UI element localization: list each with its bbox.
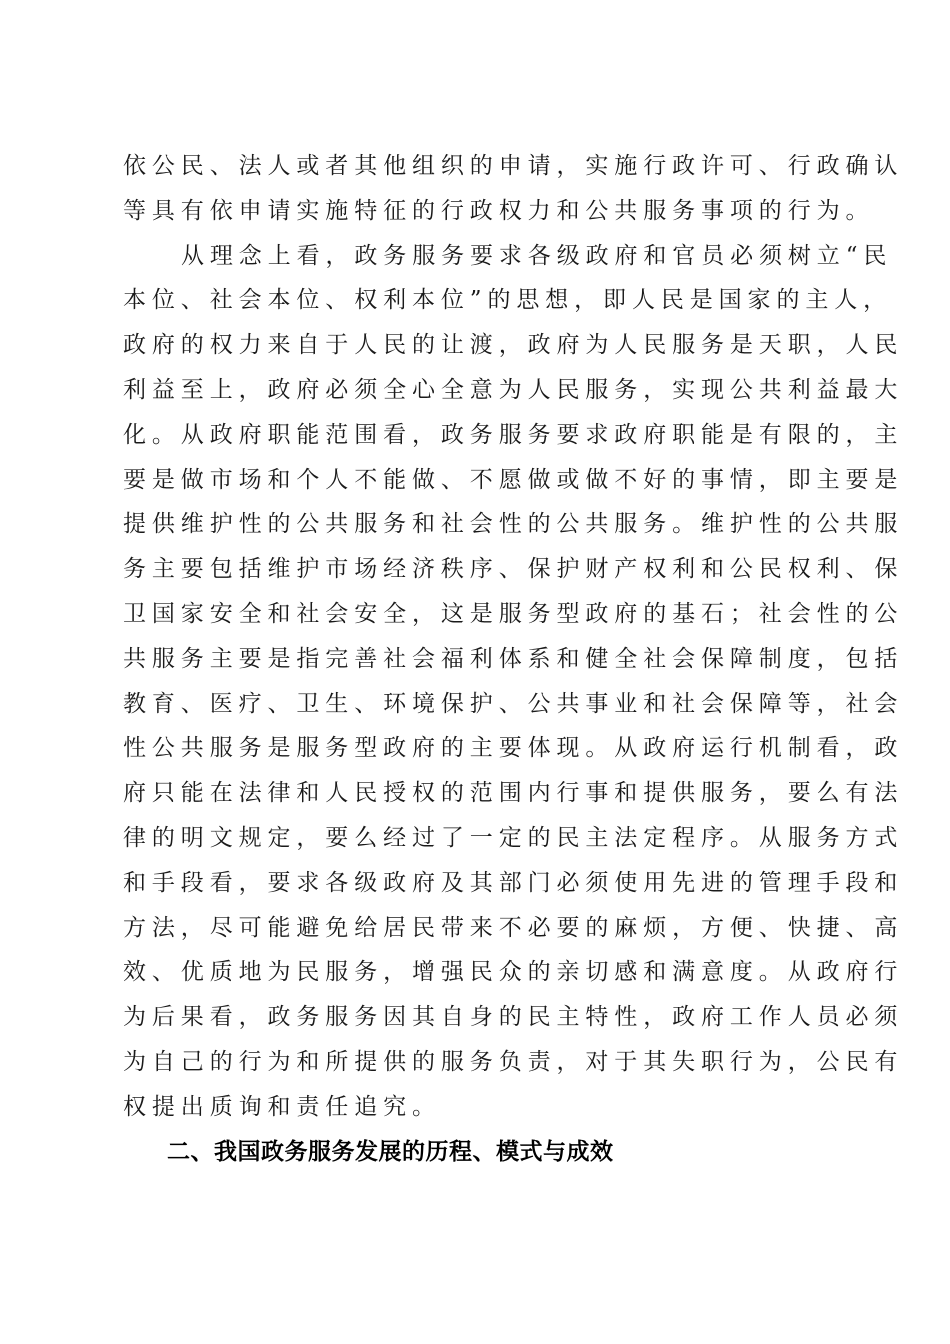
paragraph-2-line-19: 为自己的行为和所提供的服务负责，对于其失职行为，公民有 bbox=[123, 1040, 823, 1085]
paragraph-2-line-10: 共服务主要是指完善社会福利体系和健全社会保障制度，包括 bbox=[123, 637, 823, 682]
paragraph-2-line-2: 本位、社会本位、权利本位”的思想，即人民是国家的主人， bbox=[123, 278, 823, 323]
paragraph-2-line-8: 务主要包括维护市场经济秩序、保护财产权利和公民权利、保 bbox=[123, 547, 823, 592]
paragraph-2-line-1: 从理念上看，政务服务要求各级政府和官员必须树立“民 bbox=[123, 234, 823, 279]
paragraph-2-line-18: 为后果看，政务服务因其自身的民主特性，政府工作人员必须 bbox=[123, 995, 823, 1040]
paragraph-2-line-7: 提供维护性的公共服务和社会性的公共服务。维护性的公共服 bbox=[123, 502, 823, 547]
paragraph-2-line-17: 效、优质地为民服务，增强民众的亲切感和满意度。从政府行 bbox=[123, 950, 823, 995]
paragraph-2-line-3: 政府的权力来自于人民的让渡，政府为人民服务是天职，人民 bbox=[123, 323, 823, 368]
paragraph-2-line-13: 府只能在法律和人民授权的范围内行事和提供服务，要么有法 bbox=[123, 771, 823, 816]
paragraph-2-line-15: 和手段看，要求各级政府及其部门必须使用先进的管理手段和 bbox=[123, 861, 823, 906]
paragraph-2-line-4: 利益至上，政府必须全心全意为人民服务，实现公共利益最大 bbox=[123, 368, 823, 413]
paragraph-1-line-2: 等具有依申请实施特征的行政权力和公共服务事项的行为。 bbox=[123, 189, 823, 234]
paragraph-2-line-12: 性公共服务是服务型政府的主要体现。从政府运行机制看，政 bbox=[123, 726, 823, 771]
section-heading: 二、我国政务服务发展的历程、模式与成效 bbox=[123, 1130, 823, 1175]
paragraph-2-line-9: 卫国家安全和社会安全，这是服务型政府的基石；社会性的公 bbox=[123, 592, 823, 637]
paragraph-2-line-14: 律的明文规定，要么经过了一定的民主法定程序。从服务方式 bbox=[123, 816, 823, 861]
document-page: 依公民、法人或者其他组织的申请，实施行政许可、行政确认 等具有依申请实施特征的行… bbox=[123, 144, 823, 1174]
paragraph-1-line-1: 依公民、法人或者其他组织的申请，实施行政许可、行政确认 bbox=[123, 144, 823, 189]
paragraph-2-line-20: 权提出质询和责任追究。 bbox=[123, 1085, 823, 1130]
paragraph-2-line-6: 要是做市场和个人不能做、不愿做或做不好的事情，即主要是 bbox=[123, 458, 823, 503]
paragraph-2-line-16: 方法，尽可能避免给居民带来不必要的麻烦，方便、快捷、高 bbox=[123, 906, 823, 951]
paragraph-2-line-11: 教育、医疗、卫生、环境保护、公共事业和社会保障等，社会 bbox=[123, 682, 823, 727]
paragraph-2-line-5: 化。从政府职能范围看，政务服务要求政府职能是有限的，主 bbox=[123, 413, 823, 458]
